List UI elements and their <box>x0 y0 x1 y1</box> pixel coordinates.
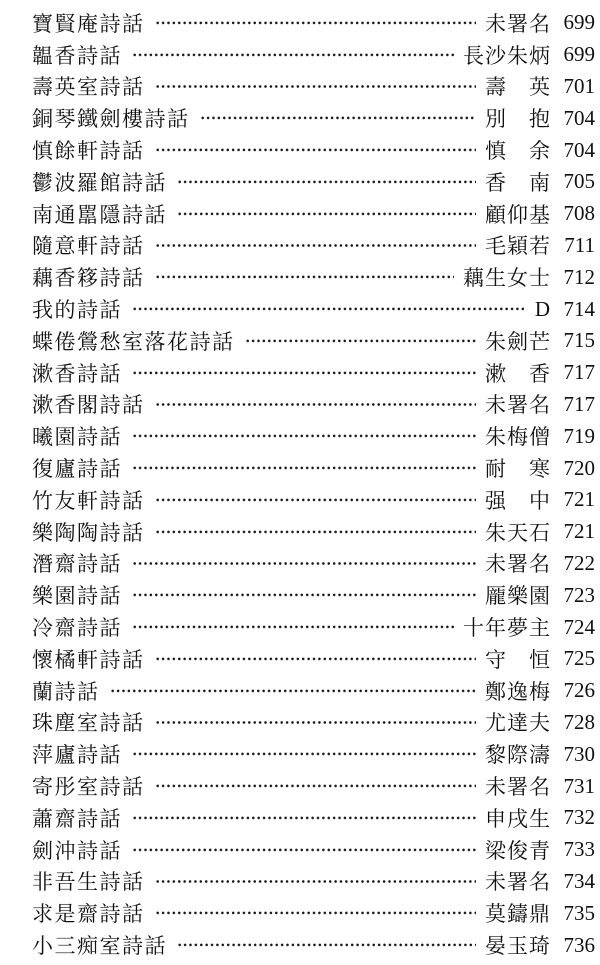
dot-leader <box>155 389 477 421</box>
entry-author: 顧仰基 <box>485 199 551 229</box>
entry-author: 尤達夫 <box>485 707 551 737</box>
entry-author: 漱 香 <box>485 358 551 388</box>
entry-page-number: 712 <box>557 265 595 290</box>
dot-leader <box>155 261 455 293</box>
entry-page-number: 722 <box>557 551 595 576</box>
dot-leader <box>110 675 477 707</box>
entry-page-number: 715 <box>557 328 595 353</box>
table-of-contents-page: 寶賢庵詩話 未署名 699 韞香詩話 長沙朱炳 699 壽英室詩話 壽 英 70… <box>0 0 600 965</box>
entry-title: 我的詩話 <box>32 294 122 324</box>
entry-page-number: 719 <box>557 424 595 449</box>
entry-title: 慎餘軒詩話 <box>32 135 145 165</box>
entry-page-number: 735 <box>557 901 595 926</box>
toc-entry: 樂陶陶詩話 朱天石 721 <box>32 516 595 548</box>
toc-entry: 隨意軒詩話 毛穎若 711 <box>32 230 595 262</box>
entry-title: 珠塵室詩話 <box>32 707 145 737</box>
entry-title: 南通嚚隱詩話 <box>32 199 167 229</box>
toc-entry: 寄彤室詩話 未署名 731 <box>32 770 595 802</box>
toc-entry: 壽英室詩話 壽 英 701 <box>32 71 595 103</box>
dot-leader <box>132 452 476 484</box>
entry-page-number: 714 <box>557 297 595 322</box>
entry-page-number: 726 <box>557 678 595 703</box>
entry-title: 寄彤室詩話 <box>32 771 145 801</box>
dot-leader <box>155 866 477 898</box>
entry-title: 潛齋詩話 <box>32 548 122 578</box>
toc-entry: 蕭齋詩話 申戌生 732 <box>32 802 595 834</box>
toc-entry: 非吾生詩話 未署名 734 <box>32 866 595 898</box>
toc-entry: 小三痴室詩話 晏玉琦 736 <box>32 929 595 961</box>
entry-author: 未署名 <box>485 866 551 896</box>
dot-leader <box>177 166 476 198</box>
entry-page-number: 711 <box>557 233 595 258</box>
entry-title: 漱香閣詩話 <box>32 389 145 419</box>
toc-entry: 劍沖詩話 梁俊青 733 <box>32 834 595 866</box>
dot-leader <box>155 134 477 166</box>
toc-entry: 漱香閣詩話 未署名 717 <box>32 389 595 421</box>
entry-title: 樂陶陶詩話 <box>32 517 145 547</box>
toc-entry: 南通嚚隱詩話 顧仰基 708 <box>32 198 595 230</box>
entry-title: 隨意軒詩話 <box>32 230 145 260</box>
entry-author: 未署名 <box>485 389 551 419</box>
entry-title: 劍沖詩話 <box>32 835 122 865</box>
entry-author: 莫鑄鼎 <box>485 898 551 928</box>
entry-page-number: 704 <box>557 106 595 131</box>
entry-author: 未署名 <box>485 548 551 578</box>
entry-title: 寶賢庵詩話 <box>32 8 145 38</box>
entry-page-number: 731 <box>557 774 595 799</box>
entry-author: 壽 英 <box>485 71 551 101</box>
entry-author: 藕生女士 <box>463 262 551 292</box>
toc-entry: 藕香簃詩話 藕生女士 712 <box>32 261 595 293</box>
entry-page-number: 721 <box>557 519 595 544</box>
entry-page-number: 733 <box>557 837 595 862</box>
entry-page-number: 699 <box>557 42 595 67</box>
entry-author: 朱天石 <box>485 517 551 547</box>
entry-title: 小三痴室詩話 <box>32 930 167 960</box>
entry-page-number: 730 <box>557 742 595 767</box>
dot-leader <box>155 897 477 929</box>
entry-title: 曦園詩話 <box>32 421 122 451</box>
entry-title: 萍廬詩話 <box>32 739 122 769</box>
entry-page-number: 699 <box>557 10 595 35</box>
toc-entry: 蝶倦鶯愁室落花詩話 朱劍芒 715 <box>32 325 595 357</box>
entry-page-number: 721 <box>557 487 595 512</box>
entry-author: 梁俊青 <box>485 835 551 865</box>
entry-page-number: 725 <box>557 646 595 671</box>
entry-title: 竹友軒詩話 <box>32 485 145 515</box>
entry-author: 毛穎若 <box>485 230 551 260</box>
dot-leader <box>200 102 477 134</box>
toc-entry: 漱香詩話 漱 香 717 <box>32 357 595 389</box>
entry-page-number: 704 <box>557 138 595 163</box>
entry-page-number: 724 <box>557 615 595 640</box>
toc-entry: 慎餘軒詩話 慎 余 704 <box>32 134 595 166</box>
dot-leader <box>155 770 477 802</box>
dot-leader <box>155 7 477 39</box>
entry-page-number: 723 <box>557 583 595 608</box>
dot-leader <box>132 293 526 325</box>
toc-entry: 銅琴鐵劍樓詩話 別 抱 704 <box>32 102 595 134</box>
entry-author: 申戌生 <box>485 803 551 833</box>
toc-entry: 我的詩話 D 714 <box>32 293 595 325</box>
entry-author: 慎 余 <box>485 135 551 165</box>
entry-title: 蘭詩話 <box>32 676 100 706</box>
toc-entry: 萍廬詩話 黎際濤 730 <box>32 738 595 770</box>
dot-leader <box>155 707 477 739</box>
entry-title: 樂園詩話 <box>32 580 122 610</box>
toc-entry: 潛齋詩話 未署名 722 <box>32 548 595 580</box>
entry-title: 韞香詩話 <box>32 40 122 70</box>
entry-author: 守 恒 <box>485 644 551 674</box>
dot-leader <box>132 39 454 71</box>
dot-leader <box>155 484 477 516</box>
dot-leader <box>155 230 477 262</box>
entry-author: 別 抱 <box>485 103 551 133</box>
entry-author: 十年夢主 <box>463 612 551 642</box>
entry-author: 未署名 <box>485 8 551 38</box>
dot-leader <box>245 325 477 357</box>
toc-entry: 鬱波羅館詩話 香 南 705 <box>32 166 595 198</box>
entry-page-number: 701 <box>557 74 595 99</box>
entry-page-number: 705 <box>557 169 595 194</box>
entry-page-number: 720 <box>557 456 595 481</box>
entry-author: 耐 寒 <box>485 453 551 483</box>
entry-page-number: 717 <box>557 360 595 385</box>
toc-entry: 韞香詩話 長沙朱炳 699 <box>32 39 595 71</box>
entry-author: 龎樂園 <box>485 580 551 610</box>
entry-title: 非吾生詩話 <box>32 866 145 896</box>
dot-leader <box>132 548 476 580</box>
entry-title: 冷齋詩話 <box>32 612 122 642</box>
toc-entry: 珠塵室詩話 尤達夫 728 <box>32 707 595 739</box>
dot-leader <box>132 802 476 834</box>
entry-author: D <box>535 297 551 322</box>
dot-leader <box>132 611 454 643</box>
entry-title: 復廬詩話 <box>32 453 122 483</box>
entry-title: 銅琴鐵劍樓詩話 <box>32 103 190 133</box>
entry-title: 蕭齋詩話 <box>32 803 122 833</box>
toc-entry: 寶賢庵詩話 未署名 699 <box>32 7 595 39</box>
dot-leader <box>132 834 476 866</box>
entry-author: 晏玉琦 <box>485 930 551 960</box>
dot-leader <box>132 738 476 770</box>
entry-page-number: 728 <box>557 710 595 735</box>
entry-author: 强 中 <box>485 485 551 515</box>
dot-leader <box>177 929 476 961</box>
dot-leader <box>132 357 476 389</box>
entry-author: 鄭逸梅 <box>485 676 551 706</box>
toc-entry: 樂園詩話 龎樂園 723 <box>32 579 595 611</box>
entry-page-number: 717 <box>557 392 595 417</box>
entry-page-number: 736 <box>557 933 595 958</box>
entry-title: 鬱波羅館詩話 <box>32 167 167 197</box>
entry-title: 藕香簃詩話 <box>32 262 145 292</box>
dot-leader <box>155 71 477 103</box>
entry-title: 漱香詩話 <box>32 358 122 388</box>
toc-list: 寶賢庵詩話 未署名 699 韞香詩話 長沙朱炳 699 壽英室詩話 壽 英 70… <box>32 7 595 961</box>
entry-page-number: 732 <box>557 805 595 830</box>
toc-entry: 竹友軒詩話 强 中 721 <box>32 484 595 516</box>
dot-leader <box>155 643 477 675</box>
entry-title: 懷橘軒詩話 <box>32 644 145 674</box>
entry-author: 朱劍芒 <box>485 326 551 356</box>
toc-entry: 曦園詩話 朱梅僧 719 <box>32 420 595 452</box>
entry-author: 香 南 <box>485 167 551 197</box>
entry-author: 朱梅僧 <box>485 421 551 451</box>
toc-entry: 懷橘軒詩話 守 恒 725 <box>32 643 595 675</box>
entry-title: 蝶倦鶯愁室落花詩話 <box>32 326 235 356</box>
entry-title: 求是齋詩話 <box>32 898 145 928</box>
entry-page-number: 734 <box>557 869 595 894</box>
dot-leader <box>132 579 476 611</box>
entry-page-number: 708 <box>557 201 595 226</box>
toc-entry: 求是齋詩話 莫鑄鼎 735 <box>32 897 595 929</box>
toc-entry: 蘭詩話 鄭逸梅 726 <box>32 675 595 707</box>
toc-entry: 復廬詩話 耐 寒 720 <box>32 452 595 484</box>
dot-leader <box>132 420 476 452</box>
entry-title: 壽英室詩話 <box>32 71 145 101</box>
dot-leader <box>177 198 476 230</box>
entry-author: 長沙朱炳 <box>463 40 551 70</box>
toc-entry: 冷齋詩話 十年夢主 724 <box>32 611 595 643</box>
entry-author: 黎際濤 <box>485 739 551 769</box>
entry-author: 未署名 <box>485 771 551 801</box>
dot-leader <box>155 516 477 548</box>
